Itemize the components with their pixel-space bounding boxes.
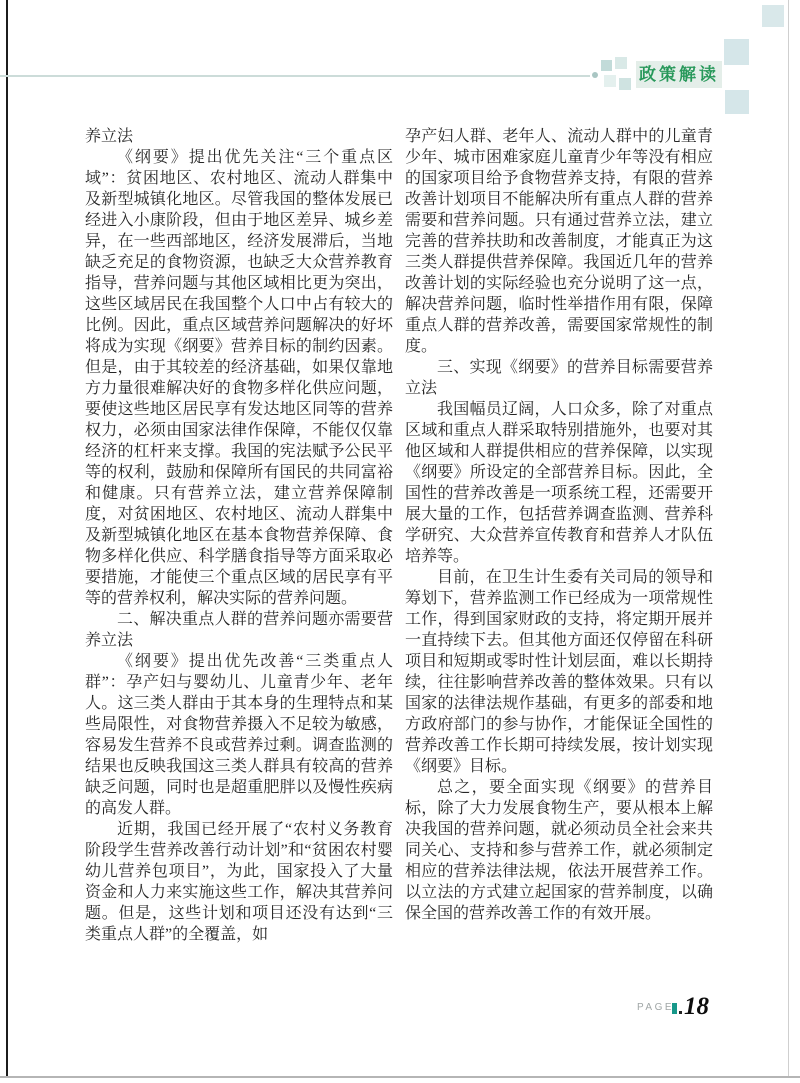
body-paragraph: 总之，要全面实现《纲要》的营养目标，除了大力发展食物生产，要从根本上解决我国的营… xyxy=(405,777,713,924)
deco-square-small-2 xyxy=(615,57,627,69)
deco-square-small-3 xyxy=(604,75,616,87)
header-rule-end-dot xyxy=(592,72,598,78)
page-border-left xyxy=(6,0,8,1076)
magazine-page: 政策解读 养立法 《纲要》提出优先关注“三个重点区域”：贫困地区、农村地区、流动… xyxy=(0,0,800,1083)
body-paragraph: 近期，我国已经开展了“农村义务教育阶段学生营养改善行动计划”和“贫困农村婴幼儿营… xyxy=(85,819,393,945)
body-paragraph: 《纲要》提出优先关注“三个重点区域”：贫困地区、农村地区、流动人群集中及新型城镇… xyxy=(85,147,393,609)
section-heading-3: 三、实现《纲要》的营养目标需要营养立法 xyxy=(405,357,713,399)
deco-square-small-1 xyxy=(601,60,612,71)
deco-square-large-2 xyxy=(724,39,749,65)
page-border-right xyxy=(788,0,789,1076)
deco-square-large-3 xyxy=(725,90,749,114)
body-paragraph: 我国幅员辽阔，人口众多，除了对重点区域和重点人群采取特别措施外，也要对其他区域和… xyxy=(405,399,713,567)
article-column-left: 养立法 《纲要》提出优先关注“三个重点区域”：贫困地区、农村地区、流动人群集中及… xyxy=(85,126,393,945)
page-number: 18 xyxy=(684,993,709,1021)
page-border-bottom xyxy=(0,1076,800,1078)
page-marker-icon xyxy=(672,1003,682,1017)
header-rule xyxy=(0,75,590,77)
section-tag-label: 政策解读 xyxy=(639,65,719,84)
article-column-right: 孕产妇人群、老年人、流动人群中的儿童青少年、城市困难家庭儿童青少年等没有相应的国… xyxy=(405,126,713,924)
section-heading-2: 二、解决重点人群的营养问题亦需要营养立法 xyxy=(85,609,393,651)
page-label: PAGE xyxy=(637,1002,674,1013)
section-tag: 政策解读 xyxy=(636,61,722,88)
body-paragraph: 目前，在卫生计生委有关司局的领导和筹划下，营养监测工作已经成为一项常规性工作，得… xyxy=(405,567,713,777)
paragraph-continuation: 孕产妇人群、老年人、流动人群中的儿童青少年、城市困难家庭儿童青少年等没有相应的国… xyxy=(405,126,713,357)
paragraph-continuation: 养立法 xyxy=(85,126,393,147)
deco-square-large-1 xyxy=(762,5,784,27)
deco-square-small-4 xyxy=(619,78,631,90)
body-paragraph: 《纲要》提出优先改善“三类重点人群”：孕产妇与婴幼儿、儿童青少年、老年人。这三类… xyxy=(85,651,393,819)
